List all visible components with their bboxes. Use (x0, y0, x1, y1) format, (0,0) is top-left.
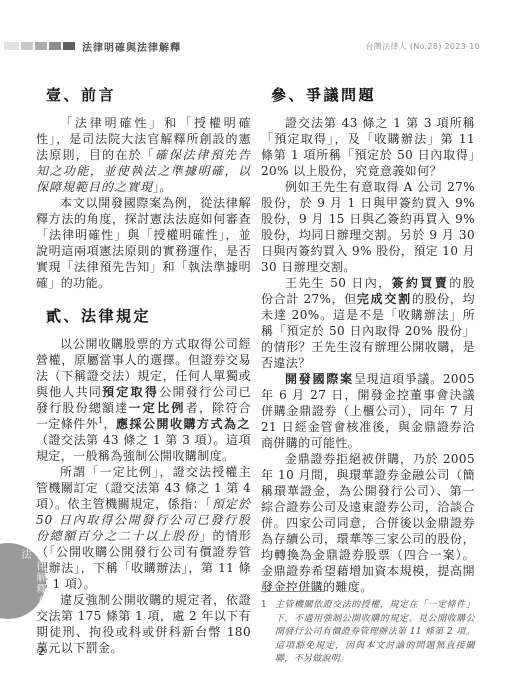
section-heading-1: 壹、前言 (36, 84, 251, 105)
footnote-number: 1 (261, 599, 269, 667)
gradient-block (35, 42, 47, 50)
paragraph: 金鼎證券拒絕被併購，乃於 2005 年 10 月間，與環華證券金融公司（簡稱環華… (261, 451, 475, 595)
gradient-block (63, 42, 75, 50)
gradient-block (49, 42, 61, 50)
section-heading-3: 參、爭議問題 (261, 84, 475, 105)
page-number: 2 (38, 645, 45, 658)
article-title: 法律明確與法律解釋 (82, 39, 181, 54)
paragraph: 本文以開發國際案為例，從法律解釋方法的角度，探討憲法法庭如何審查「法律明確性」與… (36, 195, 251, 291)
header-gradient-blocks (4, 42, 75, 50)
footnote-block: 1 主管機關依證交法的授權，規定在「一定條件」下，不適用強制公開收購的規定。見公… (261, 591, 475, 667)
journal-issue-label: 台灣法律人 (No.28) 2023-10 (365, 41, 480, 52)
right-column: 參、爭議問題 證交法第 43 條之 1 第 3 項所稱「預定取得」，及「收購辦法… (261, 84, 475, 595)
footnote-text: 主管機關依證交法的授權，規定在「一定條件」下，不適用強制公開收購的規定。見公開收… (275, 599, 475, 667)
paragraph: 證交法第 43 條之 1 第 3 項所稱「預定取得」，及「收購辦法」第 11 條… (261, 115, 475, 179)
running-head: 法律明確與法律解釋 台灣法律人 (No.28) 2023-10 (4, 40, 480, 52)
left-column: 壹、前言 「法律明確性」和「授權明確性」，是司法院大法官解釋所創設的憲法原則，目… (36, 84, 251, 656)
section-heading-2: 貳、法律規定 (36, 305, 251, 326)
footnote: 1 主管機關依證交法的授權，規定在「一定條件」下，不適用強制公開收購的規定。見公… (261, 599, 475, 667)
paragraph: 以公開收購股票的方式取得公司經營權，原屬當事人的選擇。但證券交易法（下稱證交法）… (36, 336, 251, 464)
chapter-tab-label: 法律解釋方法 (17, 549, 47, 615)
paragraph: 所謂「一定比例」，證交法授權主管機關訂定（證交法第 43 條之 1 第 4 項）… (36, 464, 251, 592)
gradient-block (4, 42, 19, 50)
paragraph: 違反強制公開收購的規定者，依證交法第 175 條第 1 項，處 2 年以下有期徒… (36, 592, 251, 656)
journal-page: 法律明確與法律解釋 台灣法律人 (No.28) 2023-10 壹、前言 「法律… (0, 0, 516, 700)
gradient-block (21, 42, 33, 50)
paragraph: 「法律明確性」和「授權明確性」，是司法院大法官解釋所創設的憲法原則，目的在於「確… (36, 115, 251, 195)
footnote-separator (261, 591, 325, 592)
paragraph: 例如王先生有意取得 A 公司 27% 股份，於 9 月 1 日與甲簽約買入 9%… (261, 179, 475, 275)
paragraph: 開發國際案呈現這項爭議。2005 年 6 月 27 日，開發金控董事會決議併購金… (261, 371, 475, 451)
paragraph: 王先生 50 日內，簽約買賣的股份合計 27%，但完成交割的股份，均未達 20%… (261, 275, 475, 371)
